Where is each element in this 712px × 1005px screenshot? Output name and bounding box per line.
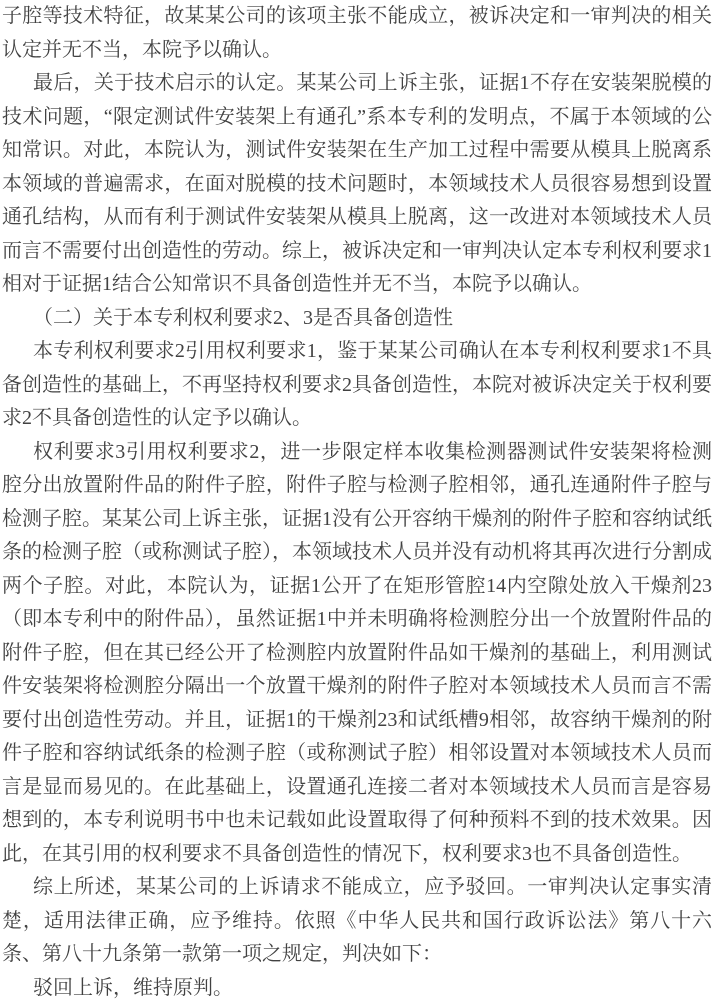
para-heading-claims-2-3-inventiveness: （二）关于本专利权利要求2、3是否具备创造性 — [2, 302, 712, 336]
document-page: 子腔等技术特征，故某某公司的该项主张不能成立，被诉决定和一审判决的相关认定并无不… — [0, 0, 712, 1005]
para-claim-2-analysis: 本专利权利要求2引用权利要求1，鉴于某某公司确认在本专利权利要求1不具备创造性的… — [2, 335, 712, 436]
judgment-body-text: 子腔等技术特征，故某某公司的该项主张不能成立，被诉决定和一审判决的相关认定并无不… — [2, 0, 712, 1005]
para-ruling: 驳回上诉，维持原判。 — [2, 972, 712, 1005]
para-continuation: 子腔等技术特征，故某某公司的该项主张不能成立，被诉决定和一审判决的相关认定并无不… — [2, 0, 712, 67]
para-claim-3-analysis: 权利要求3引用权利要求2，进一步限定样本收集检测器测试件安装架将检测腔分出放置附… — [2, 436, 712, 872]
para-technical-inspiration-finding: 最后，关于技术启示的认定。某某公司上诉主张，证据1不存在安装架脱模的技术问题，“… — [2, 67, 712, 302]
para-conclusion: 综上所述，某某公司的上诉请求不能成立，应予驳回。一审判决认定事实清楚，适用法律正… — [2, 871, 712, 972]
